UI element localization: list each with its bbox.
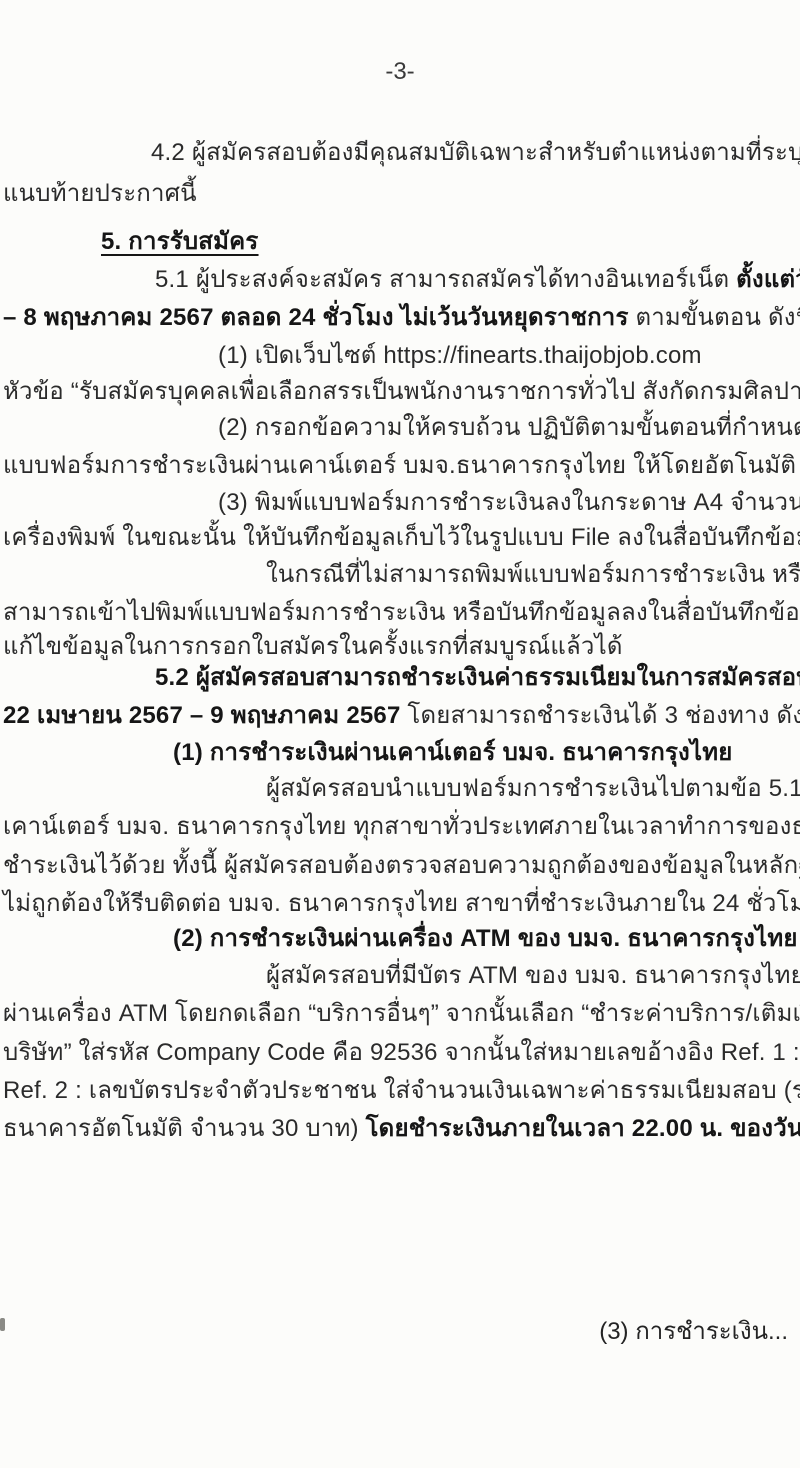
clause-5-1-line-2: – 8 พฤษภาคม 2567 ตลอด 24 ชั่วโมง ไม่เว้น… bbox=[3, 301, 792, 335]
channel-2-line-3: บริษัท” ใส่รหัส Company Code คือ 92536 จ… bbox=[3, 1036, 792, 1070]
step-3-line-2: เครื่องพิมพ์ ในขณะนั้น ให้บันทึกข้อมูลเก… bbox=[3, 521, 792, 555]
clause-4-2-line-1: 4.2 ผู้สมัครสอบต้องมีคุณสมบัติเฉพาะสำหรั… bbox=[3, 136, 792, 170]
channel-1-line-4: ไม่ถูกต้องให้รีบติดต่อ บมจ. ธนาคารกรุงไท… bbox=[3, 887, 792, 921]
text-segment: แก้ไขข้อมูลในการกรอกใบสมัครในครั้งแรกที่… bbox=[3, 633, 623, 660]
text-segment: ผ่านเครื่อง ATM โดยกดเลือก “บริการอื่นๆ”… bbox=[3, 1000, 800, 1027]
note-line-3: แก้ไขข้อมูลในการกรอกใบสมัครในครั้งแรกที่… bbox=[3, 630, 792, 664]
channel-1-line-2: เคาน์เตอร์ บมจ. ธนาคารกรุงไทย ทุกสาขาทั่… bbox=[3, 810, 792, 844]
text-segment: สามารถเข้าไปพิมพ์แบบฟอร์มการชำระเงิน หรื… bbox=[3, 599, 800, 626]
bold-text-segment: ตั้งแต่วันที่ 22 เมษายน 2567 bbox=[736, 266, 800, 293]
clause-5-2-line-2: 22 เมษายน 2567 – 9 พฤษภาคม 2567 โดยสามาร… bbox=[3, 699, 792, 733]
clause-5-2-line-1: 5.2 ผู้สมัครสอบสามารถชำระเงินค่าธรรมเนีย… bbox=[3, 661, 792, 695]
text-segment: ผู้สมัครสอบที่มีบัตร ATM ของ บมจ. ธนาคาร… bbox=[266, 962, 800, 989]
page-number: -3- bbox=[0, 58, 800, 86]
continuation-catchword: (3) การชำระเงิน... bbox=[3, 1311, 788, 1350]
channel-2-line-1: ผู้สมัครสอบที่มีบัตร ATM ของ บมจ. ธนาคาร… bbox=[3, 959, 792, 993]
channel-2-line-4: Ref. 2 : เลขบัตรประจำตัวประชาชน ใส่จำนวน… bbox=[3, 1074, 792, 1108]
bold-text-segment: 5.2 ผู้สมัครสอบสามารถชำระเงินค่าธรรมเนีย… bbox=[155, 664, 800, 691]
text-segment: (2) กรอกข้อความให้ครบถ้วน ปฏิบัติตามขั้น… bbox=[218, 414, 800, 441]
step-2-line-1: (2) กรอกข้อความให้ครบถ้วน ปฏิบัติตามขั้น… bbox=[3, 411, 792, 445]
clause-5-1-line-1: 5.1 ผู้ประสงค์จะสมัคร สามารถสมัครได้ทางอ… bbox=[3, 263, 792, 297]
channel-2-line-5: ธนาคารอัตโนมัติ จำนวน 30 บาท) โดยชำระเงิ… bbox=[3, 1112, 792, 1146]
step-1-line-1: (1) เปิดเว็บไซต์ https://finearts.thaijo… bbox=[3, 339, 792, 373]
channel-1-line-1: ผู้สมัครสอบนำแบบฟอร์มการชำระเงินไปตามข้อ… bbox=[3, 772, 792, 806]
text-segment: แบบฟอร์มการชำระเงินผ่านเคาน์เตอร์ บมจ.ธน… bbox=[3, 452, 796, 479]
note-line-1: ในกรณีที่ไม่สามารถพิมพ์แบบฟอร์มการชำระเง… bbox=[3, 558, 792, 592]
text-segment: (1) เปิดเว็บไซต์ https://finearts.thaijo… bbox=[218, 342, 702, 369]
text-segment: ชำระเงินไว้ด้วย ทั้งนี้ ผู้สมัครสอบต้องต… bbox=[3, 852, 800, 879]
document-page: -3- 4.2 ผู้สมัครสอบต้องมีคุณสมบัติเฉพาะส… bbox=[0, 0, 800, 1468]
text-segment: 5.1 ผู้ประสงค์จะสมัคร สามารถสมัครได้ทางอ… bbox=[155, 266, 736, 293]
text-segment: แนบท้ายประกาศนี้ bbox=[3, 180, 197, 207]
text-segment: ตามขั้นตอน ดังนี้ bbox=[635, 304, 800, 331]
bold-text-segment: โดยชำระเงินภายในเวลา 22.00 น. ของวันที่ … bbox=[366, 1115, 800, 1142]
channel-1-line-3: ชำระเงินไว้ด้วย ทั้งนี้ ผู้สมัครสอบต้องต… bbox=[3, 849, 792, 883]
bold-text-segment: – 8 พฤษภาคม 2567 ตลอด 24 ชั่วโมง ไม่เว้น… bbox=[3, 304, 635, 331]
text-segment: Ref. 2 : เลขบัตรประจำตัวประชาชน ใส่จำนวน… bbox=[3, 1077, 800, 1104]
text-segment: 4.2 ผู้สมัครสอบต้องมีคุณสมบัติเฉพาะสำหรั… bbox=[151, 139, 800, 166]
clause-4-2-line-2: แนบท้ายประกาศนี้ bbox=[3, 177, 792, 211]
text-segment: ไม่ถูกต้องให้รีบติดต่อ บมจ. ธนาคารกรุงไท… bbox=[3, 890, 800, 917]
bold-text-segment: 5. การรับสมัคร bbox=[101, 228, 259, 255]
bold-text-segment: (1) การชำระเงินผ่านเคาน์เตอร์ บมจ. ธนาคา… bbox=[173, 739, 733, 766]
text-segment: โดยสามารถชำระเงินได้ 3 ช่องทาง ดังนี้ bbox=[407, 702, 800, 729]
bold-text-segment: (2) การชำระเงินผ่านเครื่อง ATM ของ บมจ. … bbox=[173, 925, 798, 952]
text-segment: ธนาคารอัตโนมัติ จำนวน 30 บาท) bbox=[3, 1115, 366, 1142]
text-segment: (3) พิมพ์แบบฟอร์มการชำระเงินลงในกระดาษ A… bbox=[218, 489, 800, 516]
bold-text-segment: 22 เมษายน 2567 – 9 พฤษภาคม 2567 bbox=[3, 702, 407, 729]
text-segment: หัวข้อ “รับสมัครบุคคลเพื่อเลือกสรรเป็นพน… bbox=[3, 378, 800, 405]
text-segment: ในกรณีที่ไม่สามารถพิมพ์แบบฟอร์มการชำระเง… bbox=[266, 561, 800, 588]
channel-2-line-2: ผ่านเครื่อง ATM โดยกดเลือก “บริการอื่นๆ”… bbox=[3, 997, 792, 1031]
channel-1-heading: (1) การชำระเงินผ่านเคาน์เตอร์ บมจ. ธนาคา… bbox=[3, 736, 792, 770]
text-segment: เคาน์เตอร์ บมจ. ธนาคารกรุงไทย ทุกสาขาทั่… bbox=[3, 813, 800, 840]
section-5-heading: 5. การรับสมัคร bbox=[3, 225, 792, 259]
text-segment: ผู้สมัครสอบนำแบบฟอร์มการชำระเงินไปตามข้อ… bbox=[266, 775, 800, 802]
step-2-line-2: แบบฟอร์มการชำระเงินผ่านเคาน์เตอร์ บมจ.ธน… bbox=[3, 449, 792, 483]
text-segment: เครื่องพิมพ์ ในขณะนั้น ให้บันทึกข้อมูลเก… bbox=[3, 524, 800, 551]
note-line-2: สามารถเข้าไปพิมพ์แบบฟอร์มการชำระเงิน หรื… bbox=[3, 596, 792, 630]
step-1-line-2: หัวข้อ “รับสมัครบุคคลเพื่อเลือกสรรเป็นพน… bbox=[3, 375, 792, 409]
scan-artifact bbox=[0, 1318, 5, 1331]
channel-2-heading: (2) การชำระเงินผ่านเครื่อง ATM ของ บมจ. … bbox=[3, 922, 792, 956]
text-segment: บริษัท” ใส่รหัส Company Code คือ 92536 จ… bbox=[3, 1039, 800, 1066]
step-3-line-1: (3) พิมพ์แบบฟอร์มการชำระเงินลงในกระดาษ A… bbox=[3, 486, 792, 520]
